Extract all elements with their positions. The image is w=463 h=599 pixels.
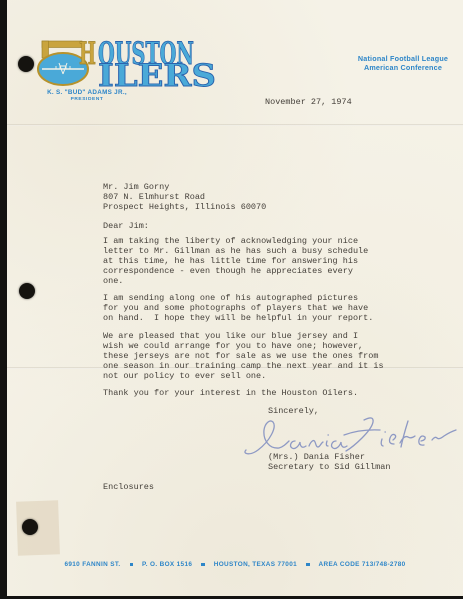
league-line1: National Football League [347, 54, 459, 63]
footer-address-line: 6910 FANNIN ST. P. O. BOX 1516 HOUSTON, … [7, 561, 463, 568]
square-separator-icon [201, 563, 205, 567]
punch-hole-middle [19, 283, 35, 299]
paragraph-thanks: Thank you for your interest in the Houst… [103, 388, 358, 398]
league-line2: American Conference [347, 63, 459, 72]
footer-street: 6910 FANNIN ST. [64, 561, 120, 568]
footer-city: HOUSTON, TEXAS 77001 [214, 561, 297, 568]
president-title: PRESIDENT [27, 96, 147, 103]
paragraph-1: I am taking the liberty of acknowledging… [103, 236, 368, 286]
footer-phone: AREA CODE 713/748-2780 [319, 561, 406, 568]
president-name: K. S. "BUD" ADAMS JR., [27, 89, 147, 96]
signer-title: Secretary to Sid Gillman [268, 462, 390, 472]
logo-text-ilers: ILERS [98, 58, 216, 92]
letter-date: November 27, 1974 [265, 97, 352, 107]
signer-name: (Mrs.) Dania Fisher [268, 452, 365, 462]
logo-letter-h: H [79, 36, 96, 72]
salutation: Dear Jim: [103, 221, 149, 231]
oilers-logo: H OUSTON ILERS [36, 30, 228, 97]
recipient-address: Mr. Jim Gorny 807 N. Elmhurst Road Prosp… [103, 182, 266, 212]
scanned-letter-photo: { "letterhead": { "team_name_top_initial… [0, 0, 463, 599]
enclosures-note: Enclosures [103, 482, 154, 492]
fold-crease-top [7, 124, 463, 126]
footer-pobox: P. O. BOX 1516 [142, 561, 192, 568]
square-separator-icon [306, 563, 310, 567]
paragraph-3: We are pleased that you like our blue je… [103, 331, 384, 381]
oilers-logo-graphic: H OUSTON ILERS [36, 30, 228, 92]
punch-hole-bottom [22, 519, 38, 535]
letter-paper: H OUSTON ILERS K. S. "BUD" ADAMS JR., PR… [7, 0, 463, 596]
punch-hole-top [18, 56, 34, 72]
signer-block: (Mrs.) Dania Fisher Secretary to Sid Gil… [268, 452, 390, 472]
paragraph-2: I am sending along one of his autographe… [103, 293, 373, 323]
square-separator-icon [130, 563, 134, 567]
president-block: K. S. "BUD" ADAMS JR., PRESIDENT [27, 89, 147, 103]
league-block: National Football League American Confer… [347, 54, 459, 72]
